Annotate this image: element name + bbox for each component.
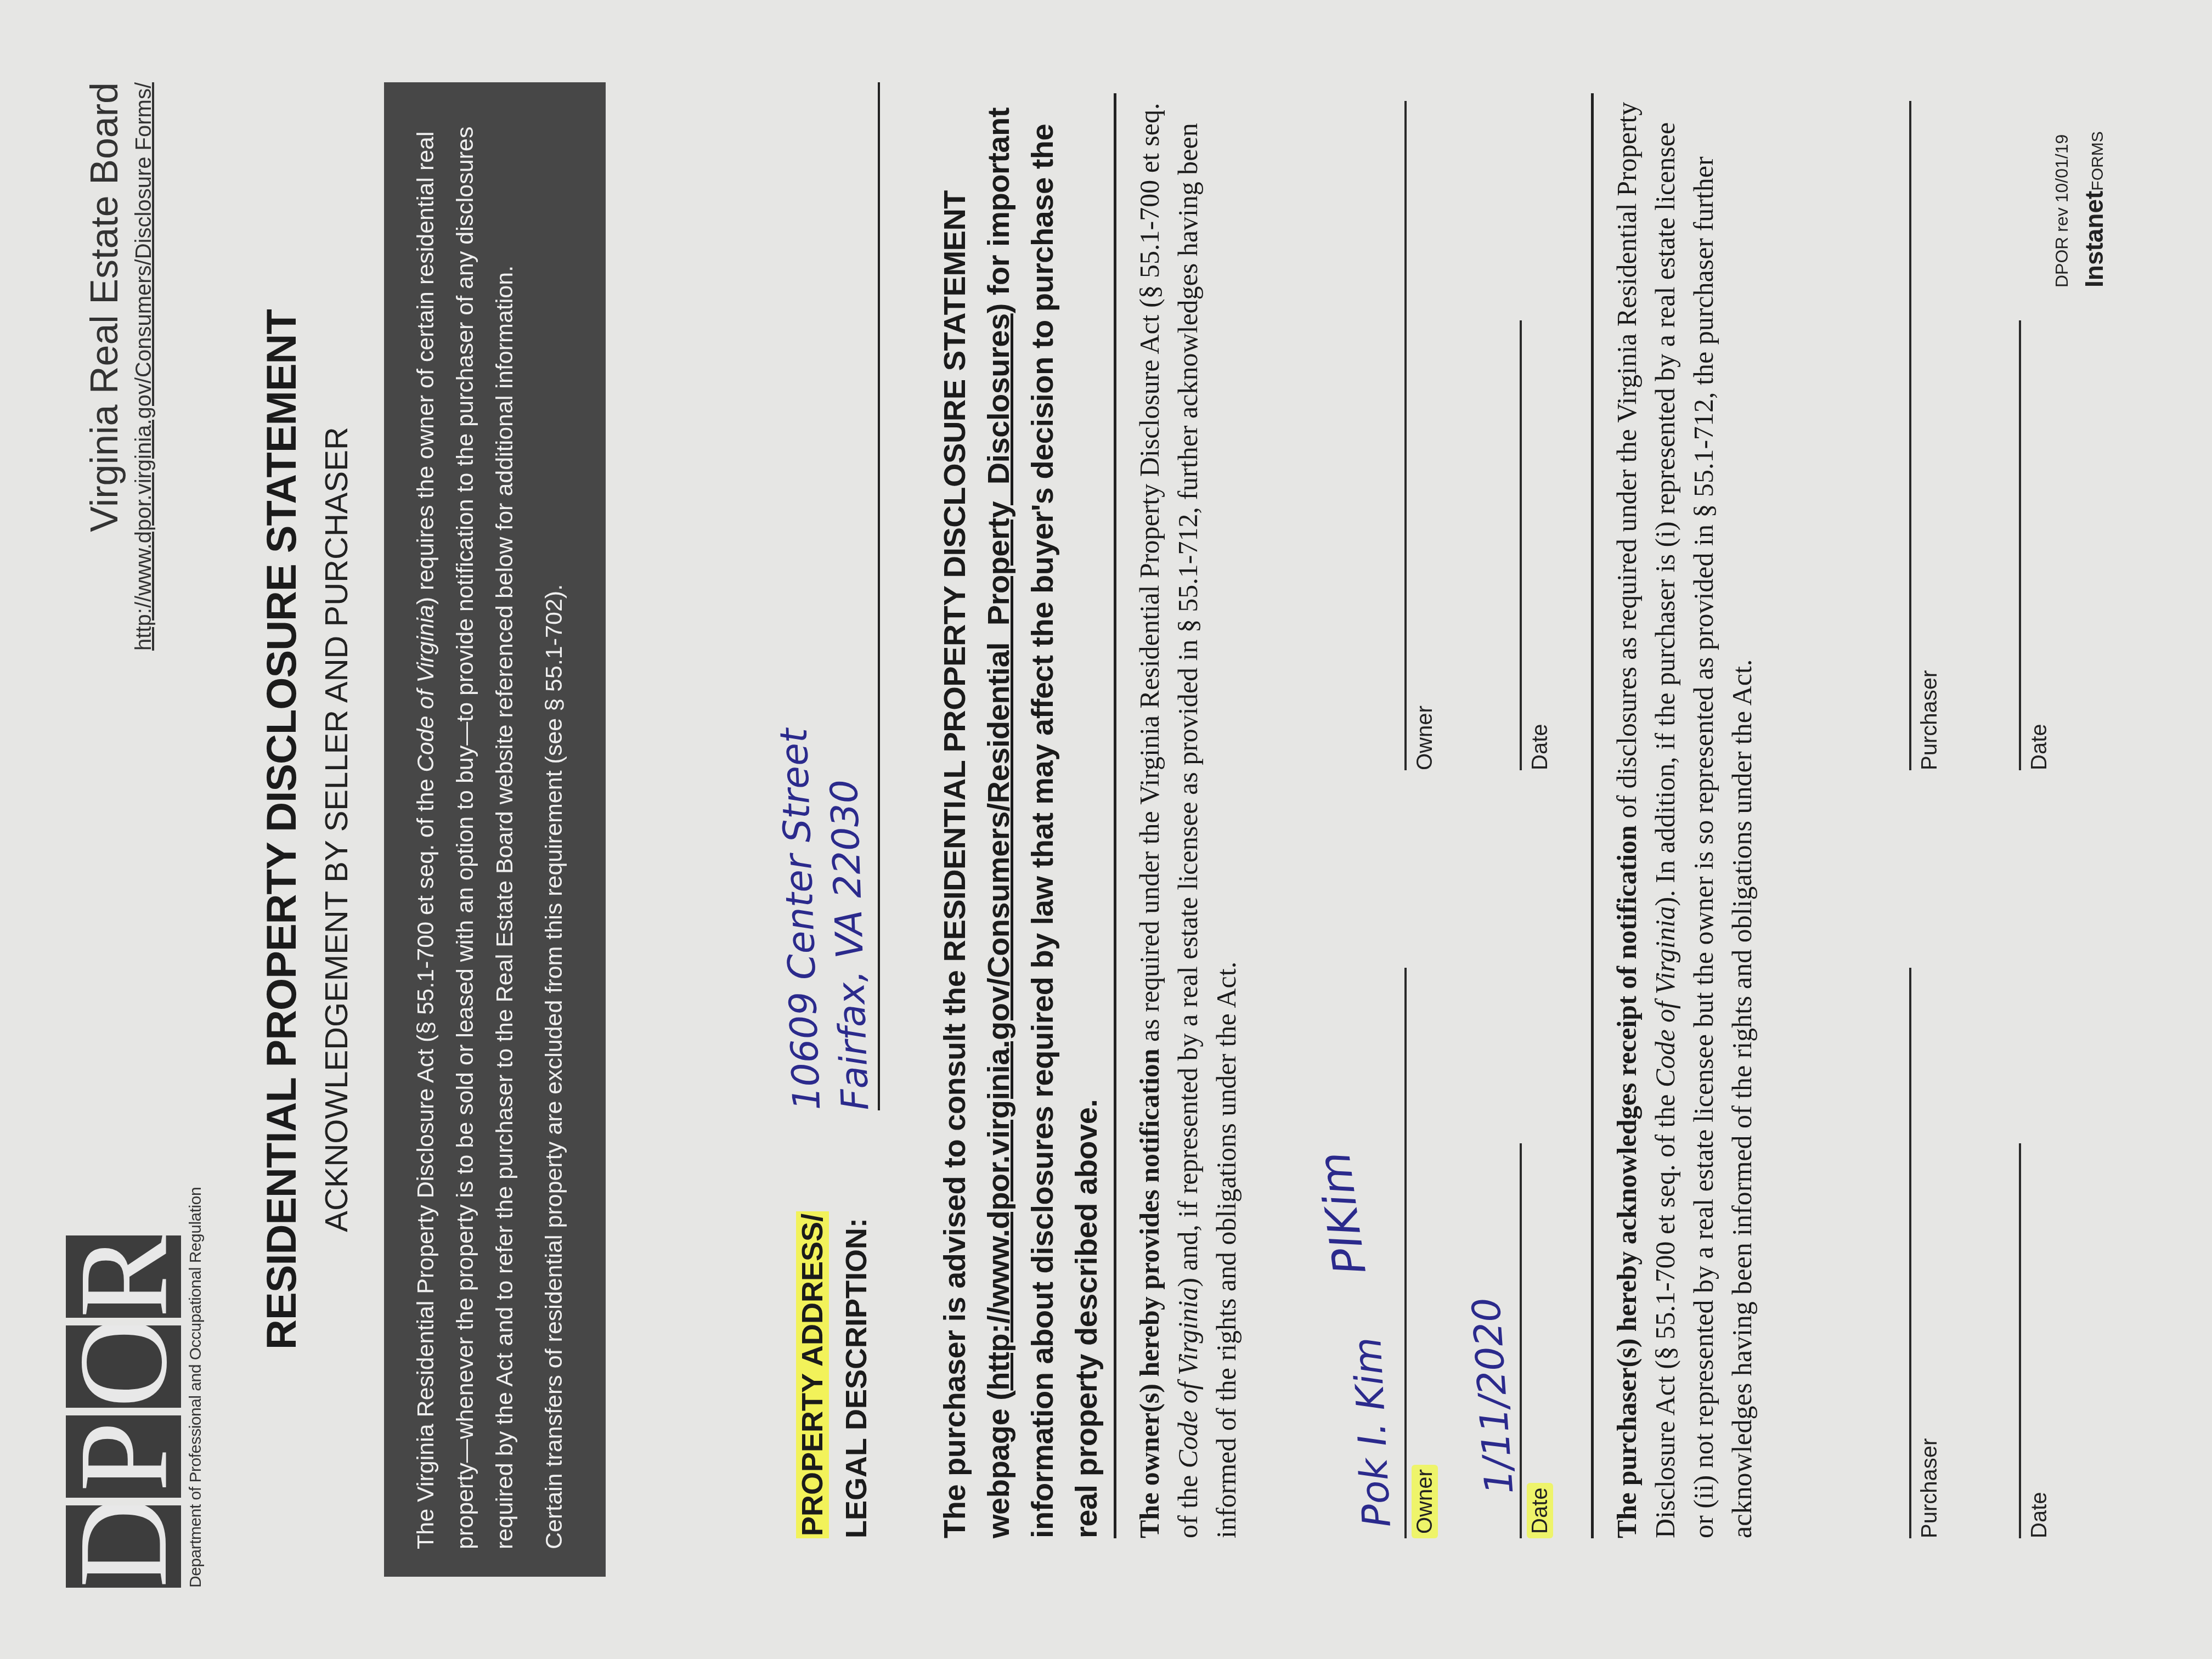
logo-letter: R	[66, 1235, 181, 1318]
logo-letter: P	[66, 1415, 181, 1498]
section-divider	[1591, 93, 1594, 1538]
section-divider	[1114, 93, 1116, 1538]
purchaser1-line[interactable]	[1909, 968, 1911, 1538]
legal-description-label: LEGAL DESCRIPTION:	[839, 1218, 873, 1538]
owner1-line	[1404, 968, 1407, 1538]
photo-background: D P O R Department of Professional and O…	[0, 0, 2212, 1659]
owner1-date[interactable]: 1/11/2020	[1464, 1296, 1522, 1496]
logo-letter: D	[66, 1505, 181, 1588]
purchaser2-label: Purchaser	[1917, 670, 1942, 770]
owner2-line[interactable]	[1404, 101, 1407, 770]
dpor-logo: D P O R	[66, 1235, 181, 1588]
revision-note: DPOR rev 10/01/19	[2052, 134, 2072, 287]
property-address-line2[interactable]: Fairfax, VA 22030	[823, 779, 878, 1111]
date1-label: Date	[1528, 1483, 1553, 1539]
purchaser-acknowledgement: The purchaser(s) hereby acknowledges rec…	[1607, 93, 1761, 1538]
owner-notification: The owner(s) hereby provides notificatio…	[1130, 93, 1245, 1538]
purchaser-date2-label: Date	[2027, 724, 2052, 771]
notice-box: The Virginia Residential Property Disclo…	[384, 82, 606, 1577]
purchaser1-label: Purchaser	[1917, 1438, 1942, 1538]
purchaser2-line[interactable]	[1909, 101, 1911, 770]
document-page: D P O R Department of Professional and O…	[0, 0, 2212, 1659]
owner1-name[interactable]: Pok I. Kim	[1345, 1336, 1400, 1528]
document-title: RESIDENTIAL PROPERTY DISCLOSURE STATEMEN…	[258, 0, 306, 1659]
date2-label: Date	[1528, 724, 1553, 771]
notice-exclusion: Certain transfers of residential propert…	[534, 110, 574, 1549]
purchaser-date1-label: Date	[2027, 1492, 2052, 1539]
board-url-link[interactable]: http://www.dpor.virginia.gov/Consumers/D…	[132, 82, 156, 651]
board-name: Virginia Real Estate Board	[82, 82, 126, 532]
document-subtitle: ACKNOWLEDGEMENT BY SELLER AND PURCHASER	[318, 0, 355, 1659]
date2-line[interactable]	[1520, 320, 1522, 770]
logo-letter: O	[66, 1325, 181, 1408]
purchaser-date2-line[interactable]	[2019, 320, 2021, 770]
instanet-forms-logo: InstanetFORMS	[2079, 131, 2109, 287]
owner1-label: Owner	[1413, 1465, 1437, 1538]
address-rule	[878, 82, 880, 1110]
notice-paragraph: The Virginia Residential Property Disclo…	[406, 110, 524, 1549]
property-address-line1[interactable]: 10609 Center Street	[772, 727, 829, 1111]
property-address-label: PROPERTY ADDRESS/	[795, 1211, 830, 1538]
disclosures-url-link[interactable]: http://www.dpor.virginia.gov/Consumers/R…	[981, 313, 1015, 1390]
logo-subtitle: Department of Professional and Occupatio…	[187, 1187, 205, 1588]
date1-line	[1520, 1143, 1522, 1538]
purchaser-advice: The purchaser is advised to consult the …	[933, 93, 1108, 1538]
purchaser-date1-line[interactable]	[2019, 1143, 2021, 1538]
owner2-label: Owner	[1413, 706, 1437, 770]
owner1-signature[interactable]: PIKim	[1308, 1149, 1376, 1278]
